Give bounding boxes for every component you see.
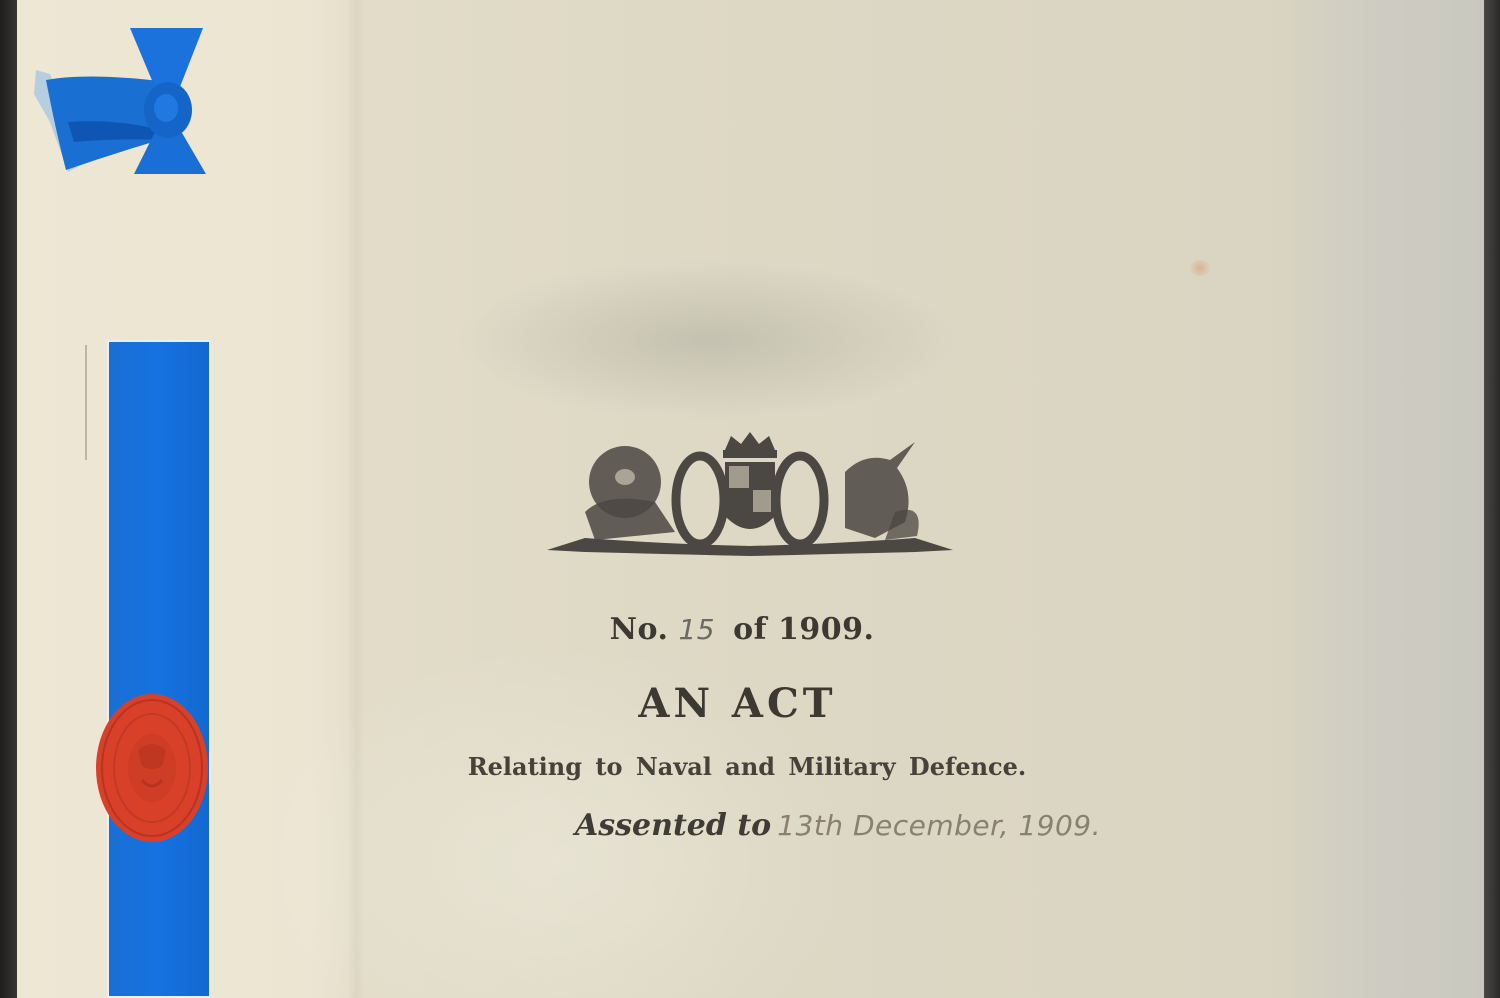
act-subtitle: Relating to Naval and Military Defence.: [0, 752, 1494, 781]
assent-line: Assented to13th December, 1909.: [575, 808, 1101, 843]
royal-crest-icon: [545, 432, 955, 560]
document-content: No.15of 1909. AN ACT Relating to Naval a…: [0, 0, 1500, 998]
assent-date-handwritten: 13th December, 1909.: [777, 809, 1101, 842]
assent-label: Assented to: [575, 808, 771, 843]
act-number-prefix: No.: [610, 612, 669, 647]
act-number-suffix: of 1909.: [733, 612, 874, 647]
act-number-handwritten: 15: [678, 613, 715, 646]
act-number: No.15of 1909.: [0, 612, 1484, 647]
act-title: AN ACT: [0, 680, 1475, 727]
